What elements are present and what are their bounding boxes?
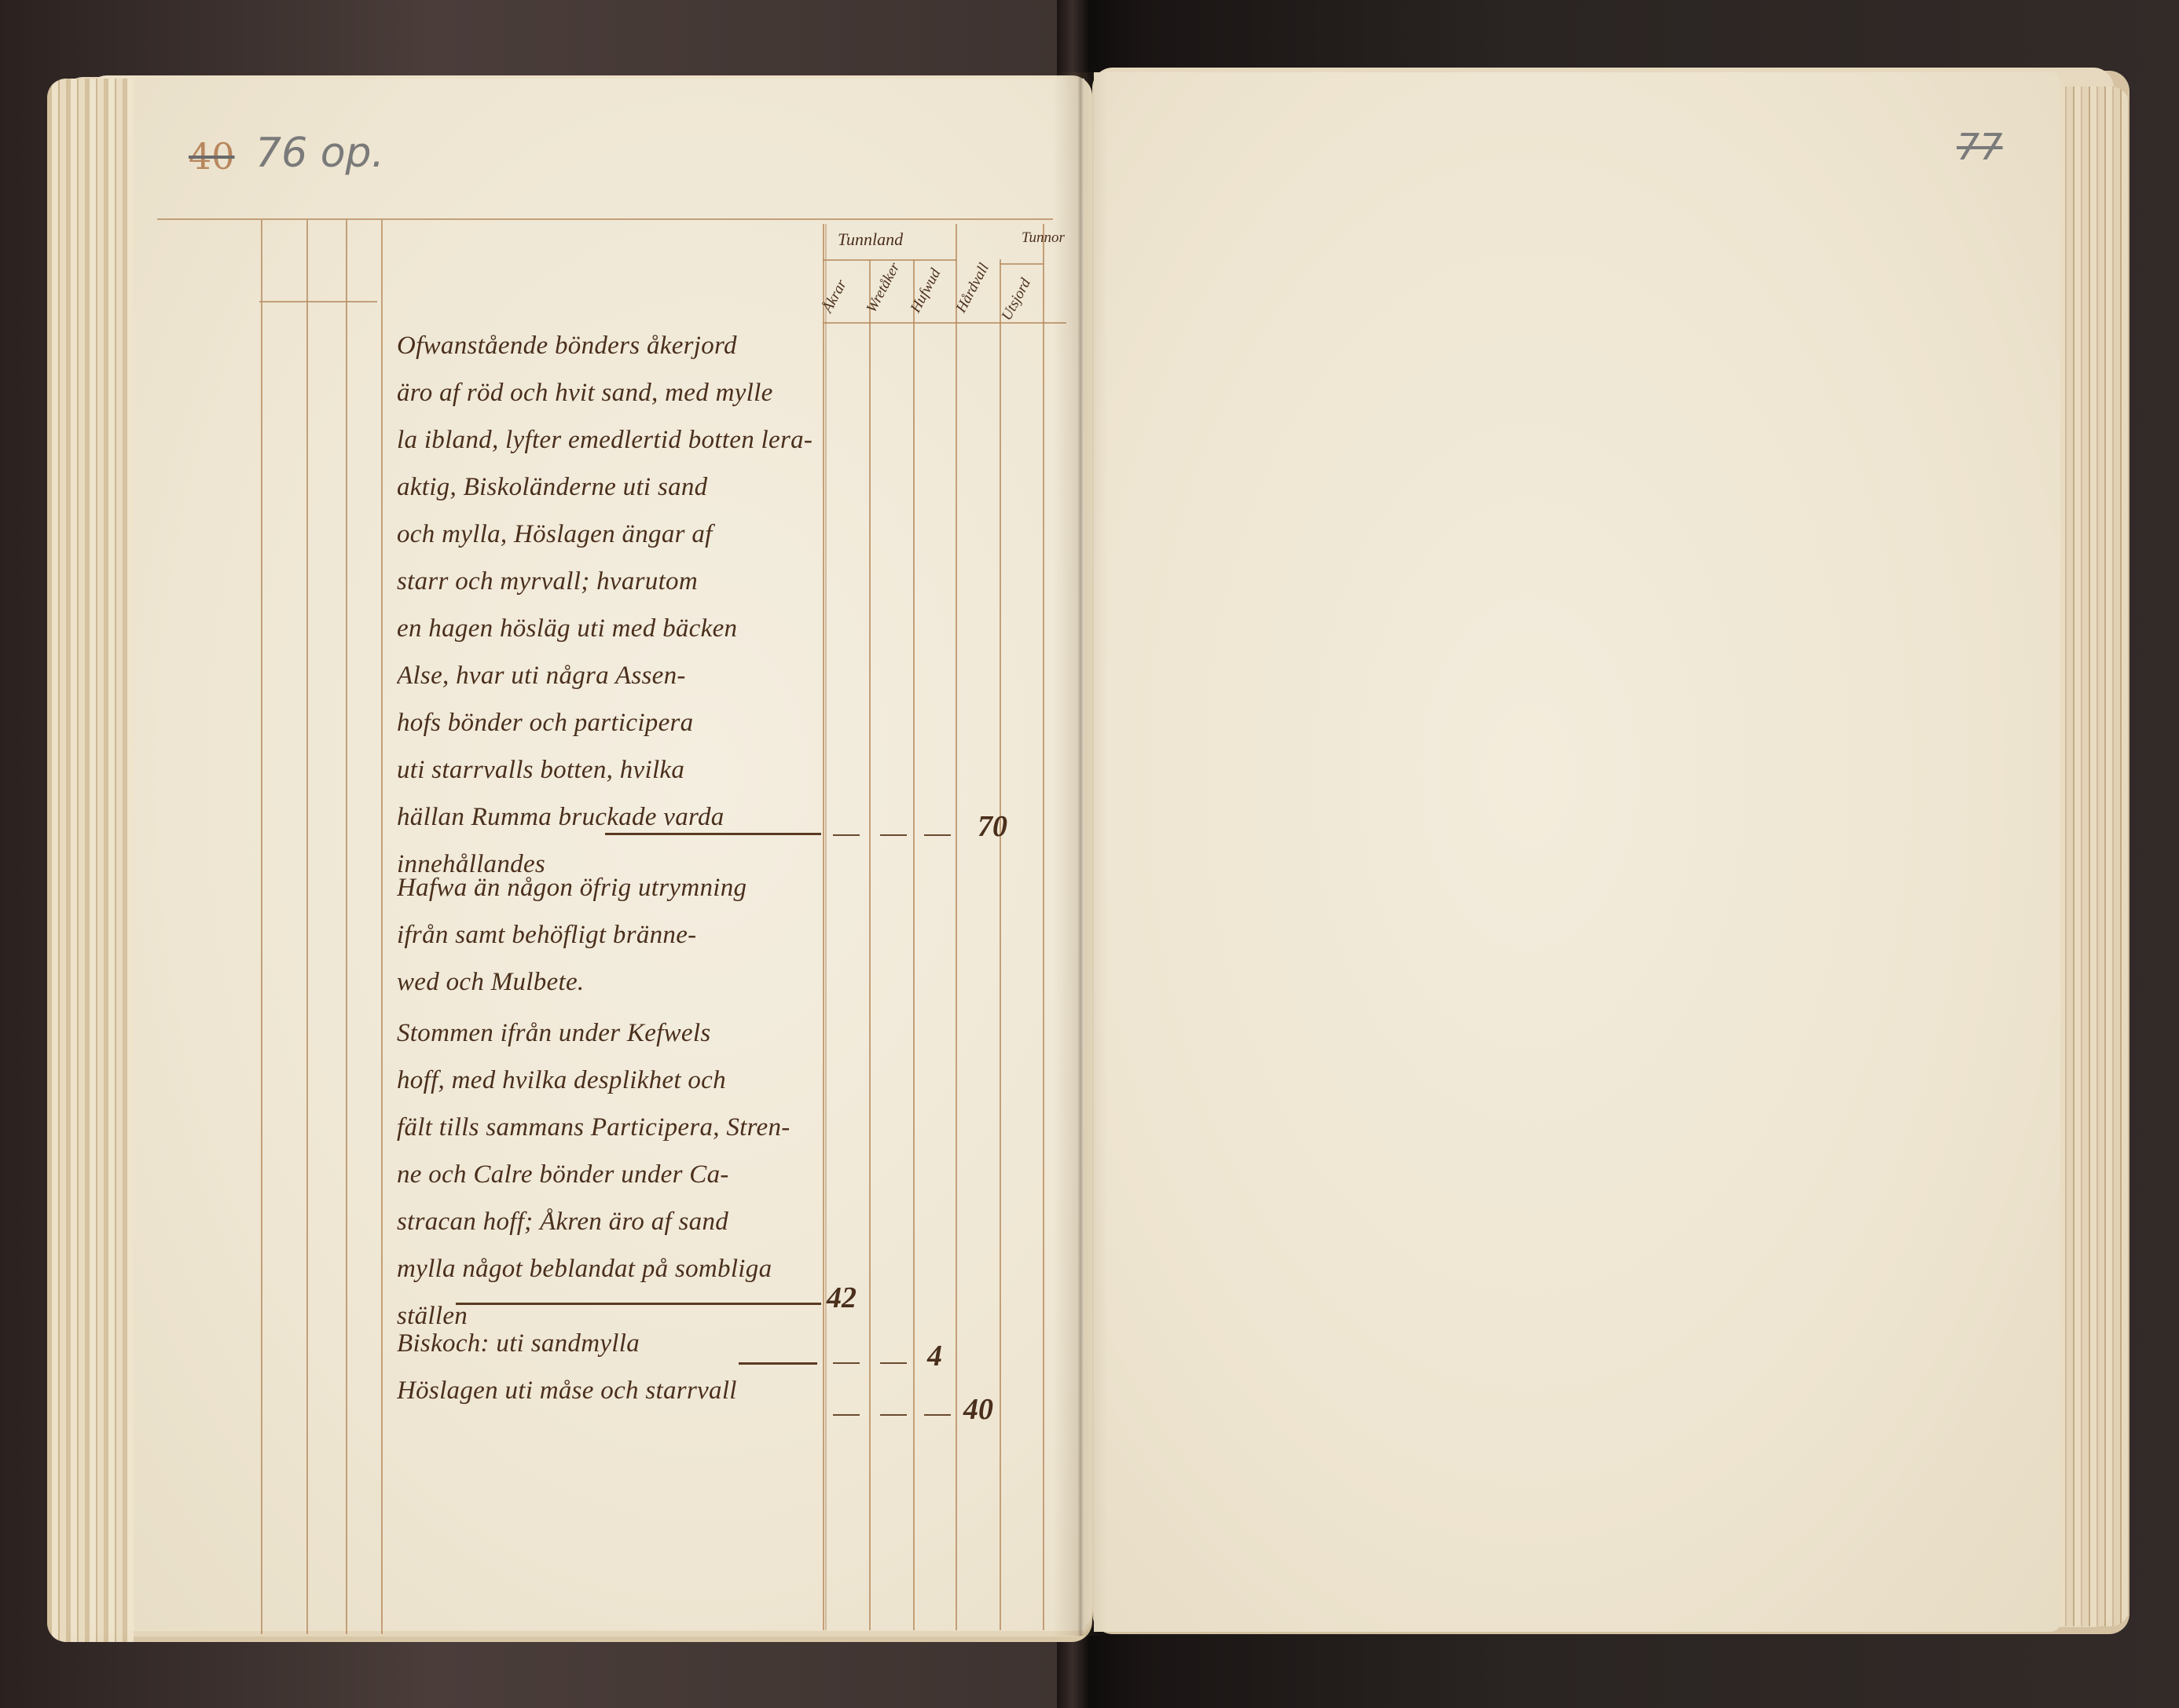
text-line: mylla något beblandat på sombliga (397, 1245, 821, 1292)
ruling-value-col (823, 224, 824, 1630)
ruling-margin-col (306, 220, 308, 1634)
leader-dash (833, 834, 860, 836)
leader-dash (880, 1362, 907, 1364)
ruling-value-col (825, 224, 827, 1630)
ruling-header-bottom (823, 322, 1066, 324)
text-line: fält tills sammans Participera, Stren- (397, 1104, 821, 1151)
text-line: ne och Calre bönder under Ca- (397, 1151, 821, 1198)
text-line: la ibland, lyfter emedlertid botten lera… (397, 416, 821, 464)
ledger-entry: Biskoch: uti sandmylla (397, 1320, 821, 1367)
leader-dash (924, 1414, 951, 1416)
gutter-shadow (1053, 72, 1108, 1636)
ledger-entry: Stommen ifrån under Kefwels hoff, med hv… (397, 1010, 821, 1340)
leader-dash (833, 1362, 860, 1364)
text-line: äro af röd och hvit sand, med mylle (397, 369, 821, 416)
text-line: Stommen ifrån under Kefwels (397, 1010, 821, 1057)
leader-line (739, 1362, 817, 1365)
value-akrar: 42 (827, 1281, 857, 1315)
text-line: ifrån samt behöfligt bränne- (397, 911, 821, 958)
text-line: starr och myrvall; hvarutom (397, 558, 821, 605)
value-hardvall: 40 (963, 1392, 993, 1427)
right-page (1094, 72, 2060, 1632)
text-line: Biskoch: uti sandmylla (397, 1320, 821, 1367)
text-line: aktig, Biskoländerne uti sand (397, 464, 821, 511)
text-line: hoff, med hvilka desplikhet och (397, 1057, 821, 1104)
ruling-value-col (913, 259, 915, 1630)
ledger-entry: Hafwa än någon öfrig utrymning ifrån sam… (397, 864, 821, 1006)
page-edges-left (47, 79, 134, 1642)
folio-number-old: 40 (189, 135, 235, 178)
leader-line (605, 833, 821, 835)
text-line: Hafwa än någon öfrig utrymning (397, 864, 821, 911)
leader-dash (880, 834, 907, 836)
text-line: wed och Mulbete. (397, 958, 821, 1006)
value-hufwud: 4 (927, 1339, 942, 1373)
text-line: uti starrvalls botten, hvilka (397, 746, 821, 794)
leader-line (456, 1303, 821, 1305)
ruling-margin-col (381, 220, 383, 1634)
ruling-value-col (869, 259, 871, 1630)
text-line: stracan hoff; Åkren äro af sand (397, 1198, 821, 1245)
text-line: hofs bönder och participera (397, 699, 821, 746)
ledger-entry: Höslagen uti måse och starrvall (397, 1367, 821, 1414)
text-line: Höslagen uti måse och starrvall (397, 1367, 821, 1414)
text-line: Alse, hvar uti några Assen- (397, 652, 821, 699)
ruling-margin-box (259, 301, 377, 302)
ledger-entry: Ofwanstående bönders åkerjord äro af röd… (397, 322, 821, 888)
column-group-header: Tunnland (838, 229, 903, 250)
ruling-margin-col (346, 220, 347, 1634)
text-line: och mylla, Höslagen ängar af (397, 511, 821, 558)
page-edges-right (2059, 86, 2129, 1626)
leader-dash (833, 1414, 860, 1416)
ruling-top-line (157, 218, 1053, 220)
ruling-value-col (956, 224, 957, 1630)
ruling-value-col (1000, 259, 1001, 1630)
leader-dash (880, 1414, 907, 1416)
leader-dash (924, 834, 951, 836)
ruling-margin-col (261, 220, 262, 1634)
value-hardvall: 70 (978, 809, 1007, 844)
text-line: Ofwanstående bönders åkerjord (397, 322, 821, 369)
text-line: en hagen hösläg uti med bäcken (397, 605, 821, 652)
ruling-value-col (1043, 224, 1044, 1630)
folio-number-pencil: 76 op. (255, 130, 384, 177)
folio-number-right: 77 (1957, 126, 2003, 168)
ruling-header-line (1000, 263, 1044, 265)
